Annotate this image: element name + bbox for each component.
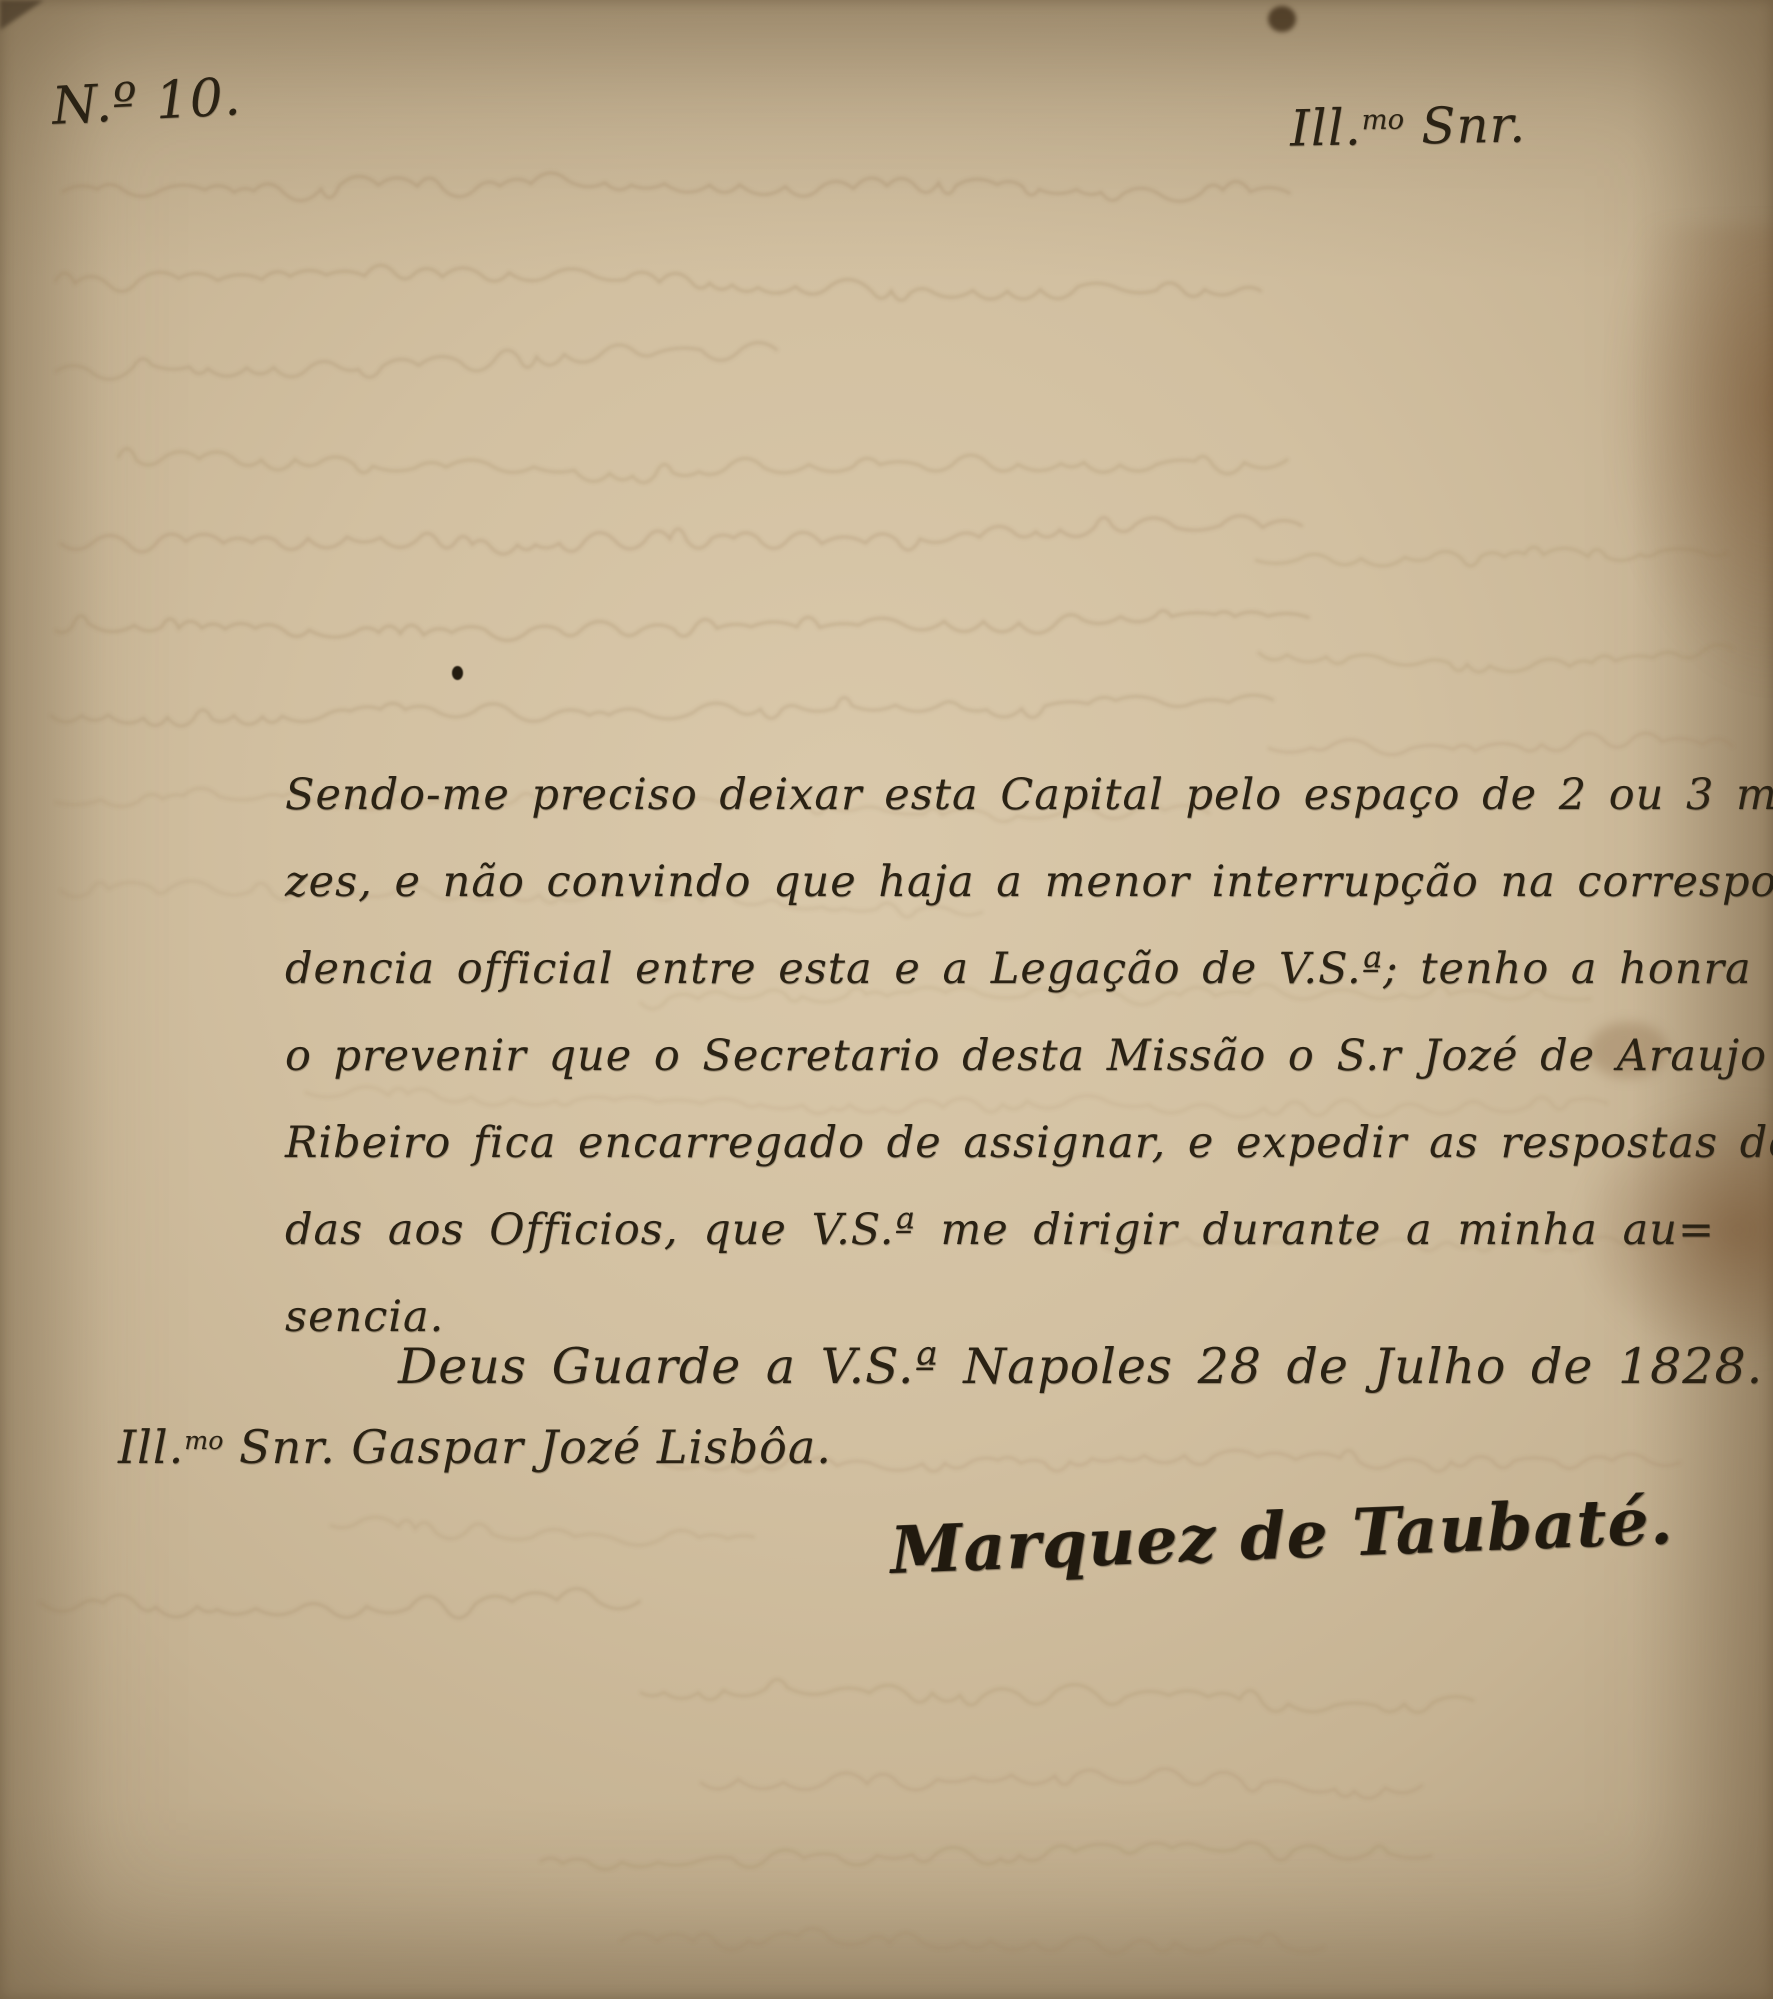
addressee-text: Ill. bbox=[118, 1420, 184, 1474]
body-line: zes, e não convindo que haja a menor int… bbox=[285, 839, 1715, 926]
paper-stain bbox=[1608, 225, 1773, 695]
page-corner-shadow bbox=[0, 0, 44, 30]
addressee-superscript: mo bbox=[184, 1426, 223, 1455]
manuscript-page: N.º 10. Ill.mo Snr. Sendo-me preciso dei… bbox=[0, 0, 1773, 1999]
body-paragraph: Sendo-me preciso deixar esta Capital pel… bbox=[285, 752, 1715, 1361]
document-number: N.º 10. bbox=[51, 67, 243, 137]
salutation-text: Snr. bbox=[1404, 96, 1527, 156]
salutation-text: Ill. bbox=[1290, 98, 1363, 157]
salutation: Ill.mo Snr. bbox=[1290, 92, 1711, 157]
body-line: Ribeiro fica encarregado de assignar, e … bbox=[285, 1100, 1715, 1187]
addressee-text: Snr. Gaspar Jozé Lisbôa. bbox=[223, 1420, 831, 1474]
signature: Marquez de Taubaté. bbox=[889, 1483, 1675, 1589]
valediction-date-line: Deus Guarde a V.S.ª Napoles 28 de Julho … bbox=[398, 1338, 1703, 1395]
body-line: o prevenir que o Secretario desta Missão… bbox=[285, 1013, 1715, 1100]
paper-stain bbox=[1268, 6, 1296, 32]
body-line: Sendo-me preciso deixar esta Capital pel… bbox=[285, 752, 1715, 839]
body-line: dencia official entre esta e a Legação d… bbox=[285, 926, 1715, 1013]
salutation-superscript: mo bbox=[1361, 104, 1404, 137]
body-line: das aos Officios, que V.S.ª me dirigir d… bbox=[285, 1187, 1715, 1274]
addressee-line: Ill.mo Snr. Gaspar Jozé Lisbôa. bbox=[118, 1420, 832, 1474]
ink-spot bbox=[452, 666, 463, 680]
